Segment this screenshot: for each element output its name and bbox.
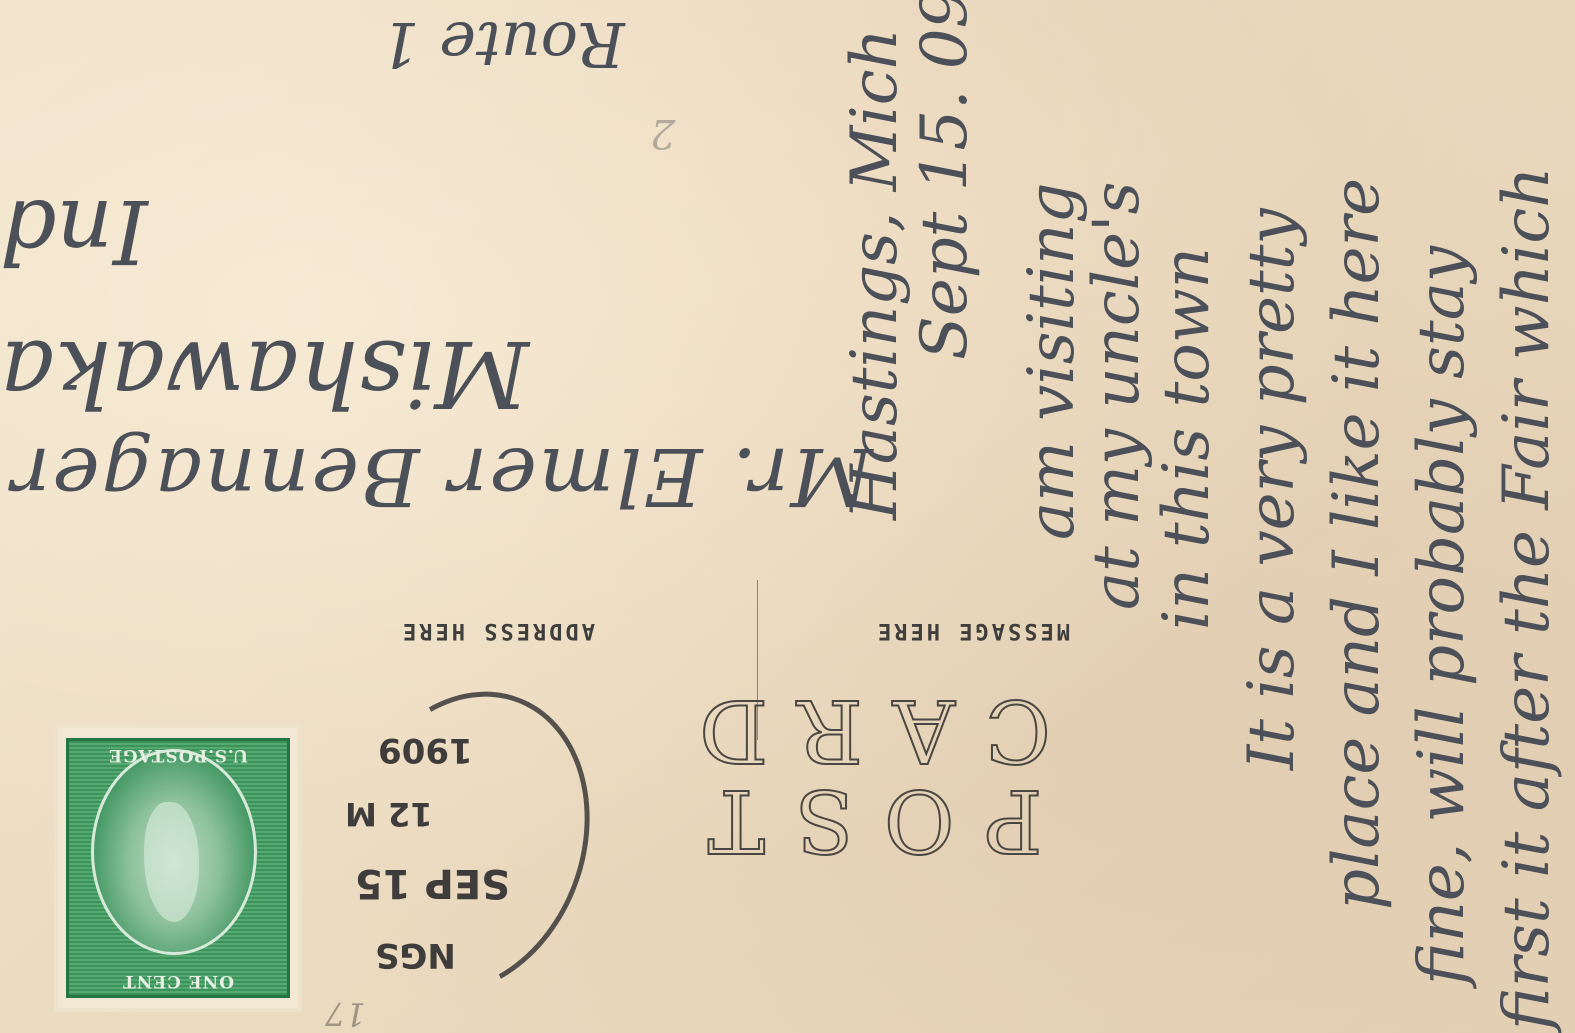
message-line-6: fine, will probably stay [1405, 246, 1479, 985]
postcard-back: Route 1 Ind Mishawaka Mr. Elmer Bennager… [0, 0, 1575, 1033]
message-here-label: MESSAGE HERE [875, 618, 1070, 643]
postmark-date: SEP 15 [355, 860, 510, 906]
message-line-1: am visiting [1015, 183, 1089, 541]
postage-stamp: ONE CENT U.S.POSTAGE [58, 728, 298, 1008]
postmark-year: 1909 [378, 730, 473, 770]
postmark-town: NGS [375, 935, 456, 975]
address-recipient: Mr. Elmer Bennager [10, 430, 873, 523]
message-place: Hastings, Mich [838, 28, 912, 520]
postcard-title: POST CARD [490, 775, 1230, 865]
pencil-mark: 2 [650, 110, 675, 156]
message-line-3: in this town [1150, 247, 1224, 630]
message-line-5: place and I like it here [1320, 178, 1394, 910]
address-route: Route 1 [380, 8, 625, 81]
stamp-portrait-frame [91, 749, 257, 955]
address-city: Mishawaka [0, 320, 529, 427]
stamp-country: U.S.POSTAGE [69, 745, 287, 765]
postmark-circle [299, 656, 631, 1029]
portrait-icon [144, 802, 199, 922]
bottom-mark: 17 [325, 995, 366, 1033]
message-line-7: first it after the Fair which [1490, 167, 1564, 1030]
message-date: Sept 15. 09 [908, 0, 982, 360]
address-state: Ind [0, 180, 148, 283]
message-line-2: at my uncle's [1080, 182, 1154, 610]
address-here-label: ADDRESS HERE [400, 618, 595, 643]
message-line-4: It is a very pretty [1235, 208, 1309, 770]
stamp-design: ONE CENT U.S.POSTAGE [66, 738, 290, 998]
postmark-time: 12 M [345, 795, 433, 833]
stamp-denomination: ONE CENT [69, 971, 287, 991]
